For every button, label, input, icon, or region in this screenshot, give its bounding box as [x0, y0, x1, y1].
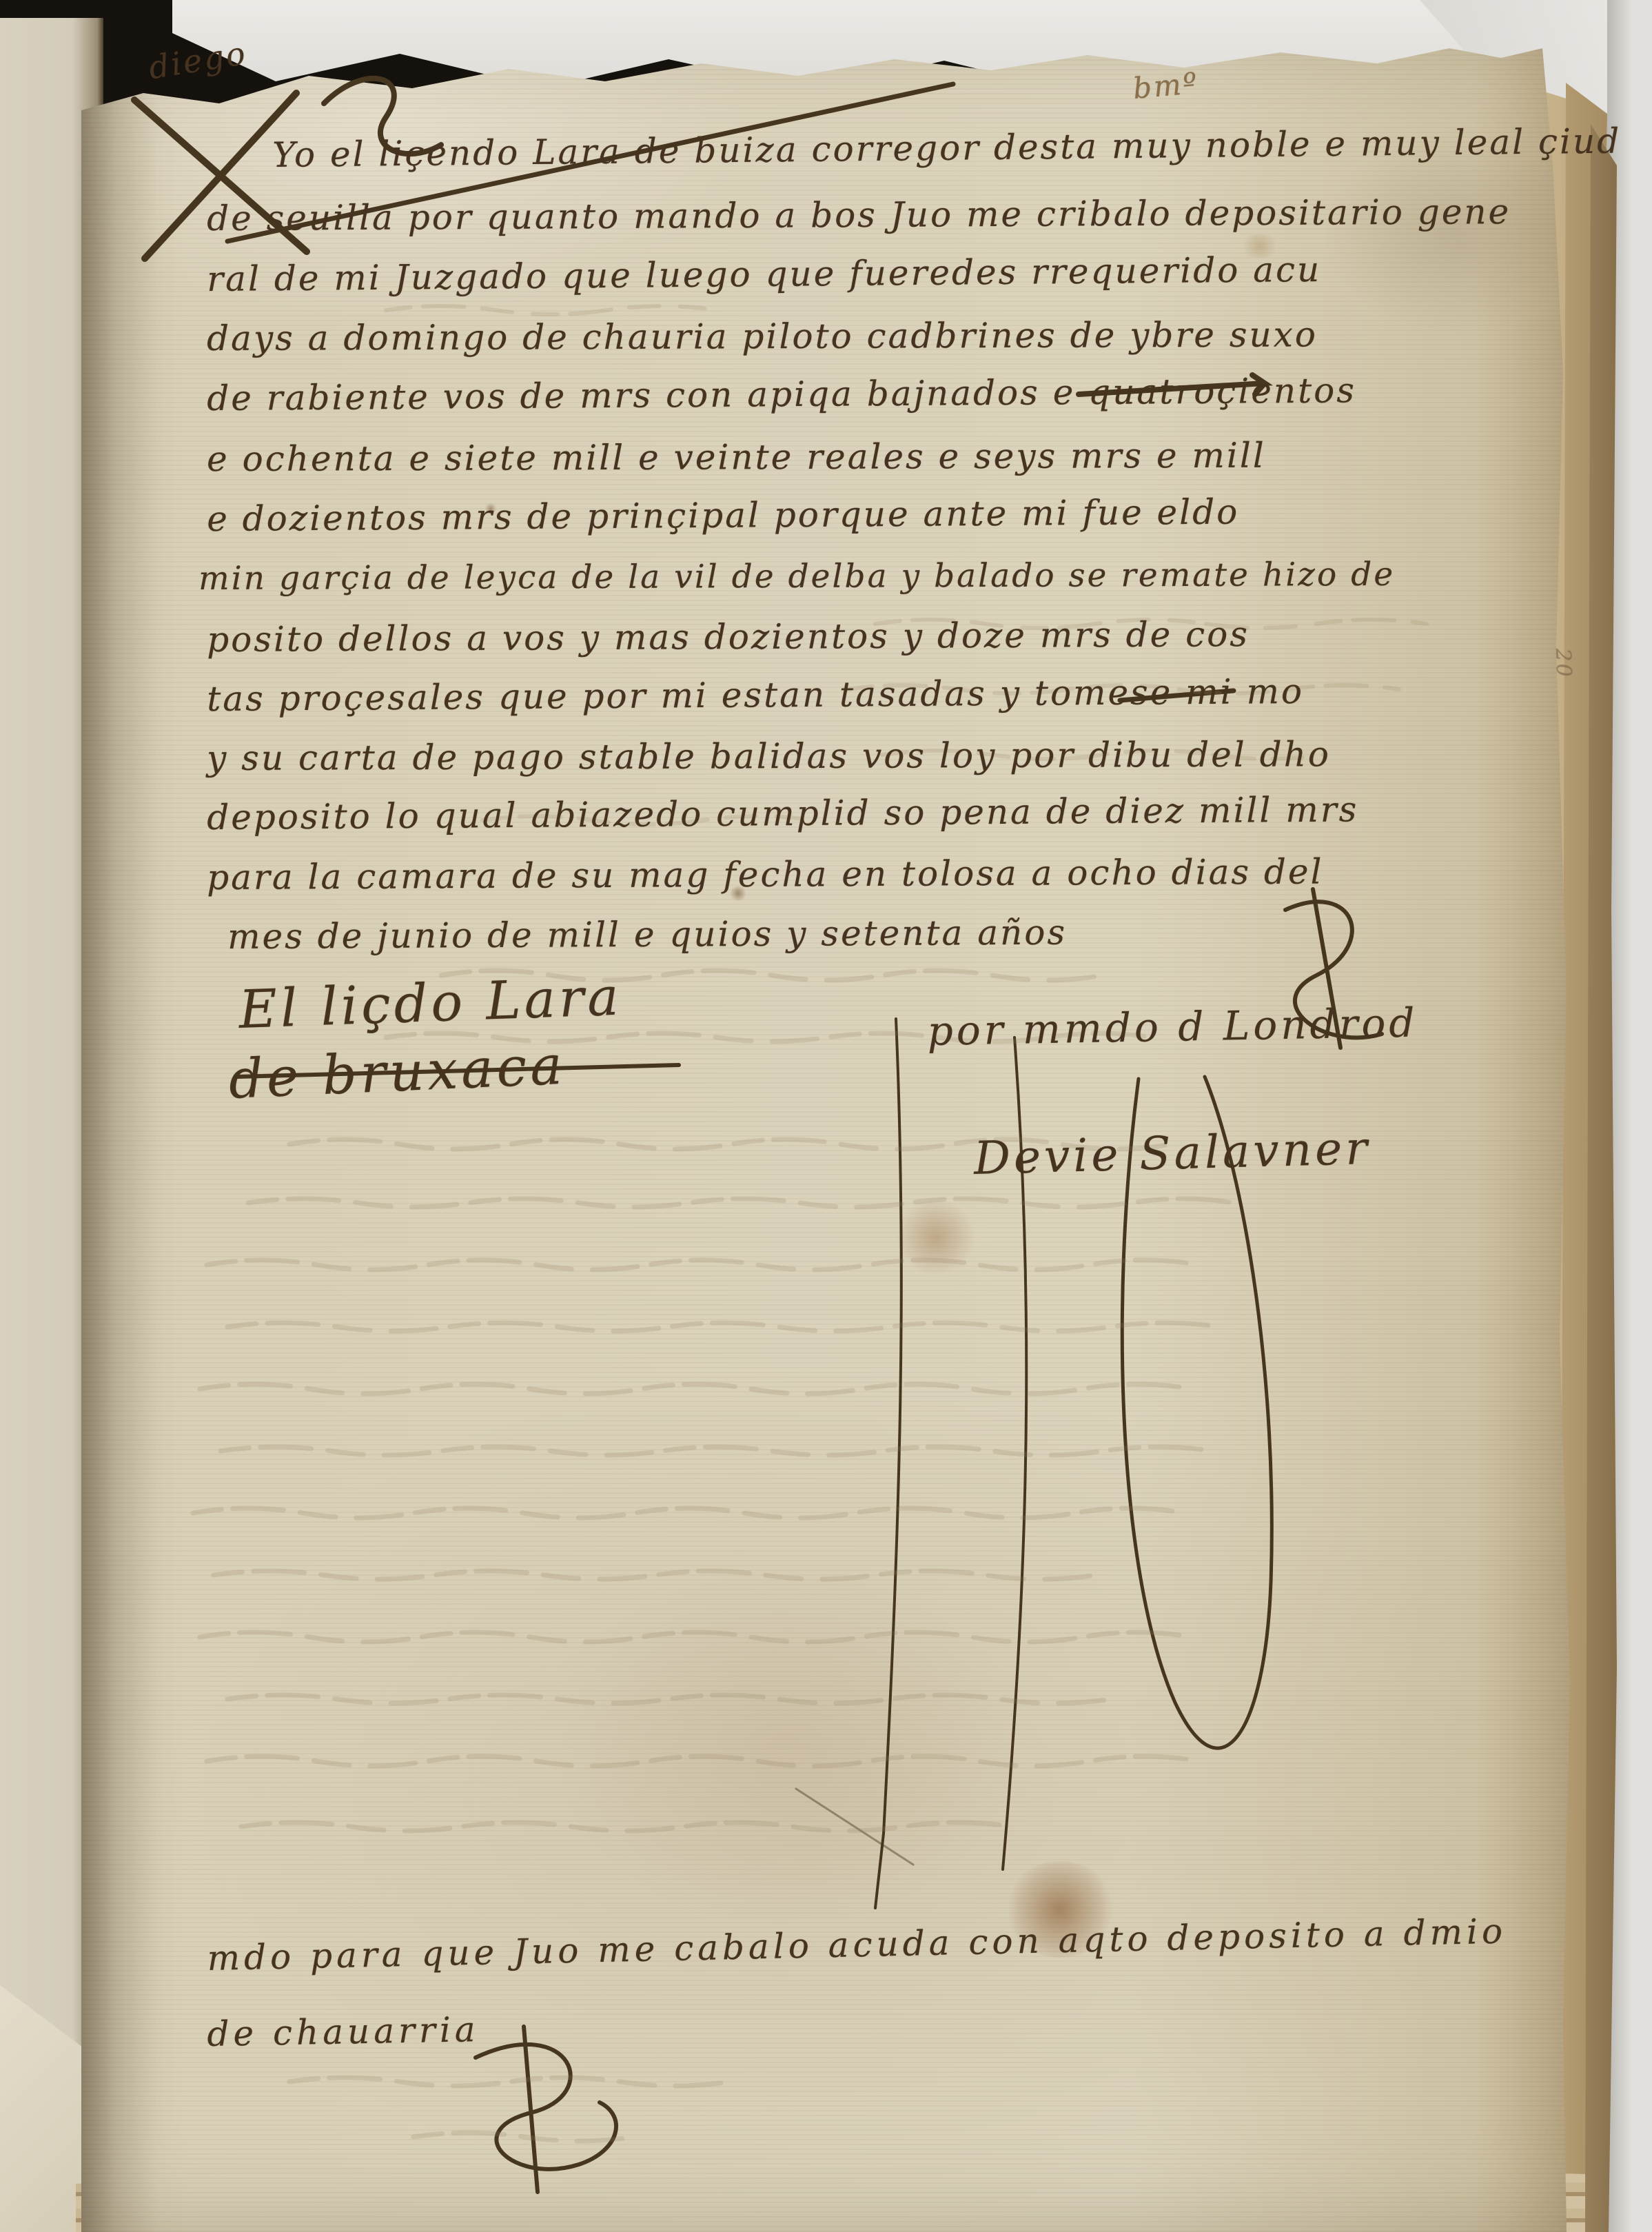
manuscript-line: de rabiente vos de mrs con apiqa bajnado… — [207, 370, 1356, 418]
manuscript-line: e dozientos mrs de prinçipal porque ante… — [207, 492, 1239, 539]
manuscript-line: para la camara de su mag fecha en tolosa… — [207, 852, 1324, 897]
deckle-edge-inner — [1585, 83, 1617, 2232]
by-order-note: por mmdo d Londrod — [927, 1000, 1418, 1055]
manuscript-line: deposito lo qual abiazedo cumplid so pen… — [207, 789, 1358, 838]
manuscript-line: de seuilla por quanto mando a bos Juo me… — [207, 192, 1511, 239]
smudge-stain — [895, 1199, 977, 1275]
manuscript-line: e ochenta e siete mill e veinte reales e… — [207, 436, 1266, 479]
signature-scribe: Devie Salavner — [973, 1122, 1371, 1185]
manuscript-line: y su carta de pago stable balidas vos lo… — [207, 734, 1331, 778]
folio-mark: bmº — [1132, 66, 1200, 105]
manuscript-line: posito dellos a vos y mas dozientos y do… — [207, 614, 1250, 660]
gutter-shadow — [81, 28, 157, 2232]
manuscript-line: tas proçesales que por mi estan tasadas … — [207, 671, 1304, 719]
manuscript-photo: diego bmº 20 Yo el liçendo Lara de buiza… — [0, 0, 1652, 2232]
manuscript-line: days a domingo de chauria piloto cadbrin… — [207, 314, 1318, 358]
docket-line: de chauarria — [207, 2009, 480, 2054]
margin-note: diego — [146, 34, 249, 87]
fore-edge-number: 20 — [1551, 648, 1576, 679]
manuscript-line: min garçia de leyca de la vil de delba y… — [198, 556, 1395, 598]
manuscript-line: mes de junio de mill e quios y setenta a… — [227, 913, 1067, 957]
